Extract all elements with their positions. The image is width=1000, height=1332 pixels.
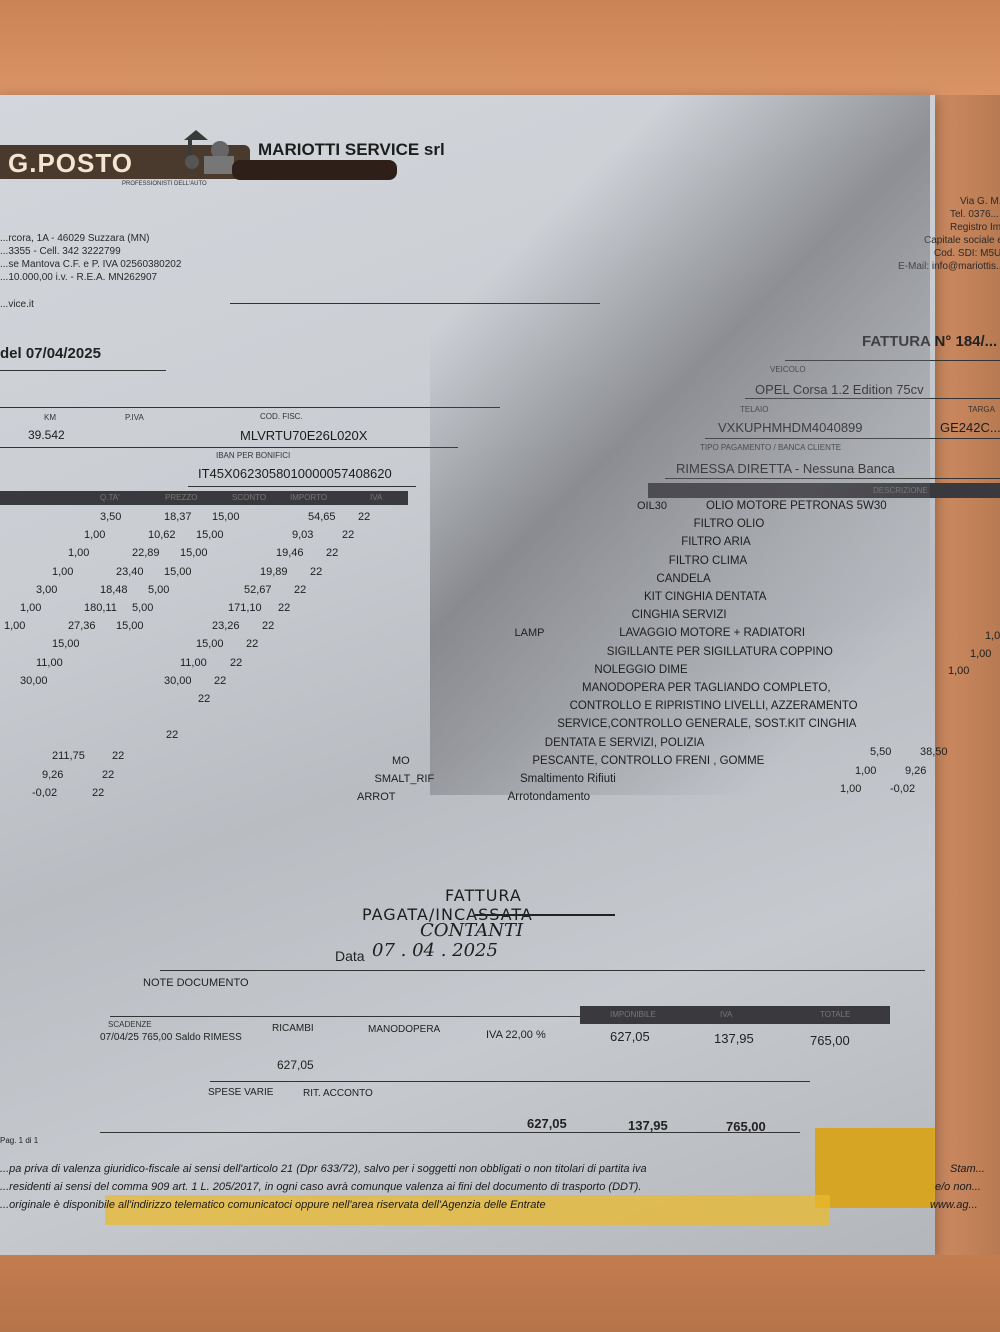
stamp-date-value: 07 . 04 . 2025 bbox=[372, 940, 498, 961]
table-header-right: DESCRIZIONE bbox=[648, 483, 1000, 498]
cell-qty: 3,00 bbox=[36, 584, 57, 596]
piva-label: P.IVA bbox=[125, 413, 144, 422]
divider bbox=[0, 370, 166, 371]
iban-value: IT45X0623058010000057408620 bbox=[198, 466, 392, 481]
iva-value: 137,95 bbox=[714, 1031, 754, 1046]
cell-iva: 22 bbox=[92, 787, 104, 799]
company-name: MARIOTTI SERVICE srl bbox=[258, 140, 445, 160]
cell-description: Smaltimento Rifiuti bbox=[520, 773, 616, 785]
cell-amount: 171,10 bbox=[228, 602, 262, 614]
divider bbox=[665, 478, 1000, 479]
targa-label: TARGA bbox=[968, 405, 995, 414]
cell-price: 180,11 bbox=[84, 602, 117, 614]
address-line: ...se Mantova C.F. e P. IVA 02560380202 bbox=[0, 258, 181, 271]
cell-description: NOLEGGIO DIME bbox=[594, 664, 687, 676]
cell-iva: 22 bbox=[278, 602, 290, 614]
veicolo-value: OPEL Corsa 1.2 Edition 75cv bbox=[755, 382, 924, 397]
divider bbox=[160, 970, 925, 971]
col-header-iva: IVA bbox=[370, 493, 382, 502]
payment-type-value: RIMESSA DIRETTA - Nessuna Banca bbox=[676, 461, 895, 476]
divider bbox=[110, 1016, 580, 1017]
footer-line: ...residenti ai sensi del comma 909 art.… bbox=[0, 1181, 641, 1193]
cell-price: 10,62 bbox=[148, 529, 176, 541]
cell-qty: 1,00 bbox=[20, 602, 41, 614]
divider bbox=[0, 407, 500, 408]
telaio-label: TELAIO bbox=[740, 405, 768, 414]
cell-amount: 23,26 bbox=[212, 620, 240, 632]
cell-amount: 19,46 bbox=[276, 547, 304, 559]
cell-iva: 22 bbox=[246, 638, 258, 650]
cell-amount: 15,00 bbox=[196, 638, 224, 650]
cell-iva: 22 bbox=[294, 584, 306, 596]
cell-qty: 1,00 bbox=[84, 529, 105, 541]
cell-amount: 9,03 bbox=[292, 529, 313, 541]
taxable-value: 627,05 bbox=[610, 1029, 650, 1044]
cell-qty: 1,00 bbox=[52, 566, 73, 578]
divider bbox=[745, 398, 1000, 399]
cell-qty: 5,50 bbox=[870, 746, 891, 758]
cell-discount: 15,00 bbox=[116, 620, 144, 632]
cell-price: 30,00 bbox=[20, 675, 48, 687]
table-header-left: Q.TA' PREZZO SCONTO IMPORTO IVA bbox=[0, 491, 408, 505]
right-qty: 1,0 bbox=[985, 630, 1000, 642]
redaction-mark bbox=[232, 160, 397, 180]
ricambi-label: RICAMBI bbox=[272, 1023, 314, 1034]
cell-code: MO bbox=[392, 755, 410, 767]
address-line: E-Mail: info@mariottis... bbox=[898, 260, 1000, 273]
cell-discount: 15,00 bbox=[212, 511, 240, 523]
codfisc-label: COD. FISC. bbox=[260, 412, 303, 421]
handwritten-payment: CONTANTI bbox=[420, 920, 523, 941]
scadenze-value: 07/04/25 765,00 Saldo RIMESS bbox=[100, 1032, 242, 1043]
cell-description: OLIO MOTORE PETRONAS 5W30 bbox=[706, 500, 887, 512]
cell-iva: 22 bbox=[262, 620, 274, 632]
km-label: KM bbox=[44, 413, 56, 422]
cell-qty: 1,00 bbox=[840, 783, 861, 795]
targa-value: GE242C... bbox=[940, 420, 1000, 435]
company-address-left: ...rcora, 1A - 46029 Suzzara (MN) ...335… bbox=[0, 232, 181, 311]
telaio-value: VXKUPHMHDM4040899 bbox=[718, 420, 863, 435]
cell-amount: -0,02 bbox=[32, 787, 57, 799]
payment-type-label: TIPO PAGAMENTO / BANCA CLIENTE bbox=[700, 443, 841, 452]
address-line: ...rcora, 1A - 46029 Suzzara (MN) bbox=[0, 232, 181, 245]
scadenze-label: SCADENZE bbox=[108, 1020, 152, 1029]
cell-discount: 15,00 bbox=[164, 566, 192, 578]
cell-description: SERVICE,CONTROLLO GENERALE, SOST.KIT CIN… bbox=[557, 718, 856, 730]
notes-label: NOTE DOCUMENTO bbox=[143, 977, 249, 989]
address-line: Via G. M... bbox=[920, 195, 1000, 208]
cell-discount: 15,00 bbox=[196, 529, 224, 541]
mechanics-logo-icon bbox=[170, 128, 240, 180]
col-header-discount: SCONTO bbox=[232, 493, 266, 502]
cell-amount: 11,00 bbox=[180, 657, 207, 669]
cell-description: KIT CINGHIA DENTATA bbox=[644, 591, 766, 603]
cell-qty: 1,00 bbox=[4, 620, 25, 632]
footer-line: ...pa priva di valenza giuridico-fiscale… bbox=[0, 1163, 647, 1175]
invoice-date: del 07/04/2025 bbox=[0, 345, 101, 362]
divider bbox=[100, 1132, 800, 1133]
cell-amount: 211,75 bbox=[52, 750, 85, 762]
strikethrough-mark bbox=[475, 914, 615, 916]
cell-description: SIGILLANTE PER SIGILLATURA COPPINO bbox=[607, 646, 833, 658]
cell-discount: 15,00 bbox=[180, 547, 208, 559]
footer-right-line: e/o non... bbox=[935, 1181, 981, 1193]
footer-line: ...originale è disponibile all'indirizzo… bbox=[0, 1199, 546, 1211]
divider bbox=[705, 438, 1000, 439]
codfisc-value: MLVRTU70E26L020X bbox=[240, 428, 367, 443]
cell-description: FILTRO ARIA bbox=[681, 536, 750, 548]
total-value: 765,00 bbox=[810, 1033, 850, 1048]
right-qty: 1,00 bbox=[970, 648, 991, 660]
cell-price: 9,26 bbox=[905, 765, 926, 777]
divider bbox=[0, 447, 458, 448]
footer-right-line: Stam... bbox=[950, 1163, 985, 1175]
col-header-amount: IMPORTO bbox=[290, 493, 327, 502]
divider bbox=[785, 360, 1000, 361]
cell-description: LAVAGGIO MOTORE + RADIATORI bbox=[619, 627, 805, 639]
cell-qty: 1,00 bbox=[855, 765, 876, 777]
wood-background-bottom bbox=[0, 1255, 1000, 1332]
cell-discount: 5,00 bbox=[148, 584, 169, 596]
cell-iva: 22 bbox=[214, 675, 226, 687]
cell-iva: 22 bbox=[342, 529, 354, 541]
col-header-description: DESCRIZIONE bbox=[873, 486, 928, 495]
tax-header-total: TOTALE bbox=[820, 1010, 850, 1019]
cell-code: OIL30 bbox=[637, 500, 667, 512]
cell-description: PESCANTE, CONTROLLO FRENI , GOMME bbox=[532, 755, 764, 767]
invoice-title: FATTURA N° 184/... bbox=[862, 333, 997, 350]
company-tagline: PROFESSIONISTI DELL'AUTO bbox=[122, 181, 207, 187]
cell-amount: 54,65 bbox=[308, 511, 336, 523]
cell-qty: 1,00 bbox=[68, 547, 89, 559]
stamp-date-label: Data bbox=[335, 948, 365, 964]
cell-iva: 22 bbox=[230, 657, 242, 669]
cell-iva: 22 bbox=[198, 693, 210, 705]
cell-price: 22,89 bbox=[132, 547, 160, 559]
address-line: Cod. SDI: M5UXCR... bbox=[920, 247, 1000, 260]
cell-qty: 3,50 bbox=[100, 511, 121, 523]
cell-description: Arrotondamento bbox=[508, 791, 590, 803]
cell-price: 11,00 bbox=[36, 657, 63, 669]
total-iva: 137,95 bbox=[628, 1118, 668, 1133]
cell-amount: 30,00 bbox=[164, 675, 192, 687]
cell-description: CONTROLLO E RIPRISTINO LIVELLI, AZZERAME… bbox=[570, 700, 858, 712]
cell-description: CINGHIA SERVIZI bbox=[632, 609, 727, 621]
cell-price: -0,02 bbox=[890, 783, 915, 795]
stamp-line1: FATTURA bbox=[445, 886, 522, 905]
company-address-right: Via G. M... Tel. 0376... Registro Impr..… bbox=[920, 195, 1000, 273]
iban-label: IBAN PER BONIFICI bbox=[216, 451, 290, 460]
address-line: Capitale sociale e... bbox=[920, 234, 1000, 247]
tax-header-bar: IMPONIBILE IVA TOTALE bbox=[580, 1006, 890, 1024]
address-line: Tel. 0376... bbox=[920, 208, 1000, 221]
cell-amount: 9,26 bbox=[42, 769, 63, 781]
cell-price: 23,40 bbox=[116, 566, 144, 578]
address-line: ...vice.it bbox=[0, 298, 181, 311]
cell-discount: 5,00 bbox=[132, 602, 153, 614]
tax-header-iva: IVA bbox=[720, 1010, 732, 1019]
cell-code: ARROT bbox=[357, 791, 396, 803]
cell-price: 15,00 bbox=[52, 638, 80, 650]
divider bbox=[210, 1081, 810, 1082]
tax-header-taxable: IMPONIBILE bbox=[610, 1010, 656, 1019]
cell-description: MANODOPERA PER TAGLIANDO COMPLETO, bbox=[582, 682, 831, 694]
page-indicator: Pag. 1 di 1 bbox=[0, 1136, 38, 1145]
cell-price: 18,48 bbox=[100, 584, 128, 596]
cell-iva: 22 bbox=[102, 769, 114, 781]
cell-price: 27,36 bbox=[68, 620, 96, 632]
divider bbox=[188, 486, 416, 487]
cell-iva: 22 bbox=[310, 566, 322, 578]
cell-description: CANDELA bbox=[656, 573, 710, 585]
address-line: Registro Impr... bbox=[920, 221, 1000, 234]
cell-description: DENTATA E SERVIZI, POLIZIA bbox=[545, 737, 705, 749]
col-header-price: PREZZO bbox=[165, 493, 197, 502]
wood-background-top bbox=[0, 0, 1000, 95]
right-qty: 1,00 bbox=[948, 665, 969, 677]
logo: G.POSTO bbox=[8, 148, 133, 179]
col-header-qty: Q.TA' bbox=[100, 493, 120, 502]
cell-description: FILTRO CLIMA bbox=[669, 555, 747, 567]
cell-description: FILTRO OLIO bbox=[694, 518, 765, 530]
address-box-top bbox=[230, 303, 600, 304]
iva-rate: IVA 22,00 % bbox=[486, 1029, 546, 1041]
km-value: 39.542 bbox=[28, 428, 65, 442]
footer-right-line: www.ag... bbox=[930, 1199, 978, 1211]
cell-iva: 22 bbox=[112, 750, 124, 762]
cell-amount: 52,67 bbox=[244, 584, 272, 596]
cell-iva: 22 bbox=[358, 511, 370, 523]
rit-acconto-label: RIT. ACCONTO bbox=[303, 1088, 373, 1099]
cell-price: 18,37 bbox=[164, 511, 192, 523]
cell-code: SMALT_RIF bbox=[375, 773, 435, 785]
ricambi-value: 627,05 bbox=[277, 1058, 314, 1072]
manodopera-label: MANODOPERA bbox=[368, 1024, 440, 1035]
address-line: ...3355 - Cell. 342 3222799 bbox=[0, 245, 181, 258]
sticky-note bbox=[815, 1128, 935, 1208]
cell-price: 38,50 bbox=[920, 746, 948, 758]
cell-code: LAMP bbox=[515, 627, 545, 639]
cell-iva: 22 bbox=[326, 547, 338, 559]
cell-iva: 22 bbox=[166, 729, 178, 741]
total-taxable: 627,05 bbox=[527, 1116, 567, 1131]
spese-varie-label: SPESE VARIE bbox=[208, 1087, 273, 1098]
address-line: ...10.000,00 i.v. - R.E.A. MN262907 bbox=[0, 271, 181, 284]
cell-amount: 19,89 bbox=[260, 566, 288, 578]
veicolo-label: VEICOLO bbox=[770, 365, 806, 374]
